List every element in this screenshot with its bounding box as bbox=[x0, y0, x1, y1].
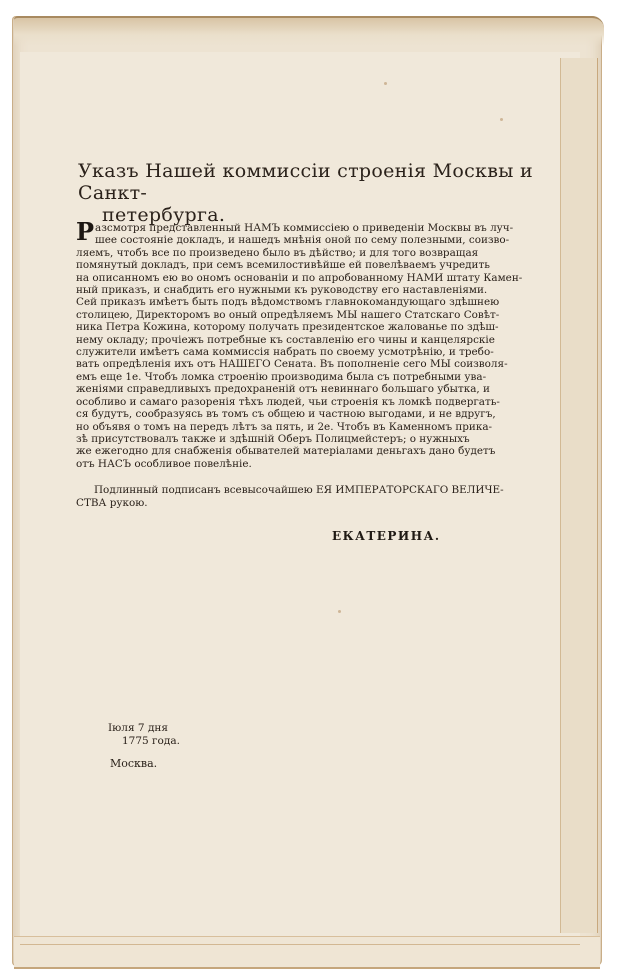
body-line: особливо и самаго разоренія тѣхъ людей, … bbox=[76, 396, 554, 408]
body-line: на описанномъ ею во ономъ основаніи и по… bbox=[76, 272, 554, 284]
body-line: зѣ присутствовалъ также и здѣшній Оберъ … bbox=[76, 433, 554, 445]
body-line: же ежегодно для снабженія обывателей мат… bbox=[76, 445, 554, 457]
body-line: ся будутъ, сообразуясь въ томъ съ общею … bbox=[76, 408, 554, 420]
sheet-top-edge bbox=[14, 16, 604, 46]
body-line: служители имѣетъ сама коммиссія набрать … bbox=[76, 346, 554, 358]
body-line: вать опредѣленія ихъ отъ НАШЕГО Сената. … bbox=[76, 358, 554, 370]
body-line: ный приказъ, и снабдить его нужными къ р… bbox=[76, 284, 554, 296]
foxing-spot bbox=[500, 118, 503, 121]
decree-body: Р азсмотря представленный НАМЪ коммиссіе… bbox=[76, 222, 554, 470]
body-line: нему окладу; прочіежъ потребные къ соста… bbox=[76, 334, 554, 346]
place: Москва. bbox=[110, 757, 157, 770]
decree-title: Указъ Нашей коммиссіи строенія Москвы и … bbox=[78, 160, 548, 226]
title-line-1: Указъ Нашей коммиссіи строенія Москвы и … bbox=[78, 160, 533, 204]
foxing-spot bbox=[384, 82, 387, 85]
body-line: ника Петра Кожина, которому получать пре… bbox=[76, 321, 554, 333]
foxing-spot bbox=[338, 610, 341, 613]
date-line-1: Іюля 7 дня bbox=[108, 722, 168, 734]
attestation-line-1: Подлинный подписанъ всевысочайшею ЕЯ ИМП… bbox=[76, 484, 556, 497]
body-line: азсмотря представленный НАМЪ коммиссіею … bbox=[95, 222, 554, 234]
attestation: Подлинный подписанъ всевысочайшею ЕЯ ИМП… bbox=[76, 484, 556, 509]
body-line: отъ НАСЪ особливое повелѣніе. bbox=[76, 458, 554, 470]
signature: ЕКАТЕРИНА. bbox=[332, 529, 441, 543]
fold-line bbox=[20, 944, 580, 945]
drop-cap: Р bbox=[76, 223, 94, 241]
attestation-line-2: СТВА рукою. bbox=[76, 497, 148, 509]
date-line-2: 1775 года. bbox=[108, 735, 180, 748]
body-line: помянутый докладъ, при семъ всемилостивѣ… bbox=[76, 259, 554, 271]
body-line: Сей приказъ имѣетъ быть подъ вѣдомствомъ… bbox=[76, 296, 554, 308]
sheet-bottom-edge bbox=[14, 936, 600, 969]
right-margin-panel bbox=[560, 58, 598, 933]
body-line: женіями справедливыхъ предохраненій отъ … bbox=[76, 383, 554, 395]
body-line: шее состояніе докладъ, и нашедъ мнѣнія о… bbox=[95, 234, 554, 246]
body-line: ляемъ, чтобъ все по произведено было въ … bbox=[76, 247, 554, 259]
body-line: емъ еще 1е. Чтобъ ломка строенію произво… bbox=[76, 371, 554, 383]
date-block: Іюля 7 дня 1775 года. bbox=[108, 722, 180, 748]
body-line: столицею, Директоромъ во оный опредѣляем… bbox=[76, 309, 554, 321]
body-line: но объявя о томъ на передъ лѣтъ за пять,… bbox=[76, 421, 554, 433]
